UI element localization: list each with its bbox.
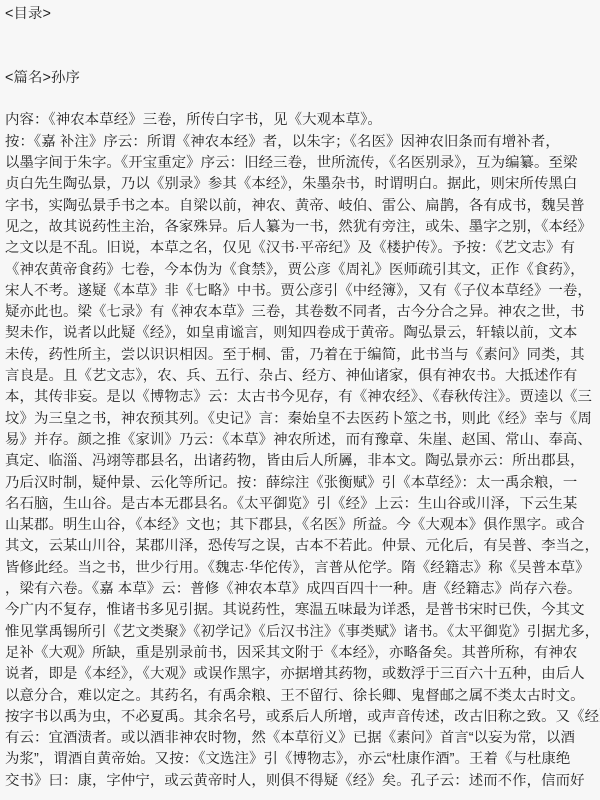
- text-line: 之文以是不乱。旧说，本草之名，仅见《汉书·平帝纪》及《楼护传》。予按：《艺文志》…: [5, 238, 596, 259]
- text-line: 坟》为三皇之书，神农预其列。《史记》言：秦始皇不去医药卜筮之书，则此《经》幸与《…: [5, 409, 596, 430]
- text-line: 以墨字间于朱字。《开宝重定》序云：旧经三卷，世所流传，《名医别录》，互为编纂。至…: [5, 153, 596, 174]
- text-line: 言良是。且《艺文志》，农、兵、五行、杂占、经方、神仙诸家，俱有神农书。大抵述作有: [5, 366, 596, 387]
- document-body: 内容：《神农本草经》三卷，所传白字书，见《大观本草》。按：《嘉 补注》序云：所谓…: [5, 110, 596, 792]
- text-line: 为浆”，谓酒自黄帝始。又按：《文选注》引《博物志》，亦云“杜康作酒”。王着《与杜…: [5, 749, 596, 770]
- text-line: 契未作，说者以此疑《经》，如皇甫谧言，则知四卷成于黄帝。陶弘景云，轩辕以前，文本: [5, 323, 596, 344]
- text-line: 真定、临淄、冯翊等郡县名，出诸药物，皆由后人所羼，非本文。陶弘景亦云：所出郡县，: [5, 451, 596, 472]
- blank-gap: [5, 89, 596, 110]
- blank-gap: [5, 25, 596, 68]
- text-line: 交书》曰：康，字仲宁，或云黄帝时人，则俱不得疑《经》矣。孔子云：述而不作，信而好: [5, 771, 596, 792]
- text-line: 山某郡。明生山谷，《本经》文也；其下郡县，《名医》所益。今《大观本》俱作黑字。或…: [5, 515, 596, 536]
- text-line: 有云：宜酒渍者。或以酒非神农时物，然《本草衍义》已据《素问》首言“以妄为常，以酒: [5, 728, 596, 749]
- text-line: 未传，药性所主，尝以识识相因。至于桐、雷，乃着在于编简，此书当与《素问》同类，其: [5, 345, 596, 366]
- text-line: 说者，即是《本经》，《大观》或误作黑字，亦据增其药物，或数浮于三百六十五种，由后…: [5, 664, 596, 685]
- toc-marker: <目录>: [5, 4, 596, 25]
- title-marker: <篇名>孙序: [5, 68, 596, 89]
- text-line: 今广内不复存，惟诸书多见引据。其说药性，寒温五味最为详悉，是普书宋时已佚，今其文: [5, 600, 596, 621]
- text-line: 见之，故其说药性主治，各家殊异。后人纂为一书，然犹有旁注，或朱、墨字之别，《本经…: [5, 217, 596, 238]
- text-line: 名石脑，生山谷。是古本无郡县名。《太平御览》引《经》上云：生山谷或川泽，下云生某: [5, 494, 596, 515]
- text-line: 本，其传非妄。是以《博物志》云：太古书今见存，有《神农经》、《春秋传注》。贾逵以…: [5, 387, 596, 408]
- text-line: ，梁有六卷。《嘉 本草》云：普修《神农本草》成四百四十一种。唐《经籍志》尚存六卷…: [5, 579, 596, 600]
- document-page: <目录> <篇名>孙序 内容：《神农本草经》三卷，所传白字书，见《大观本草》。按…: [0, 0, 600, 800]
- text-line: 乃后汉时制，疑仲景、云化等所记。按：薛综注《张衡赋》引《本草经》：太一禹余粮，一: [5, 473, 596, 494]
- text-line: 足补《大观》所缺，重是别录前书，因采其文附于《本经》，亦略备矣。其普所称，有神农: [5, 643, 596, 664]
- text-line: 按字书以禹为虫，不必夏禹。其余名号，或系后人所增，或声音传述，改古旧称之致。又《…: [5, 707, 596, 728]
- text-line: 以意分合，难以定之。其药名，有禹余粮、王不留行、徐长卿、鬼督邮之属不类太古时文。: [5, 686, 596, 707]
- text-line: 皆修此经。当之书，世少行用。《魏志·华佗传》，言普从佗学。隋《经籍志》称《吴普本…: [5, 558, 596, 579]
- text-line: 贞白先生陶弘景，乃以《别录》参其《本经》，朱墨杂书，时谓明白。据此，则宋所传黑白: [5, 174, 596, 195]
- text-line: 易》并存。颜之推《家训》乃云：《本草》神农所述，而有豫章、朱崖、赵国、常山、奉高…: [5, 430, 596, 451]
- text-line: 《神农黄帝食药》七卷，今本伪为《食禁》，贾公彦《周礼》医师疏引其文，正作《食药》…: [5, 260, 596, 281]
- text-line: 宋人不考。遂疑《本草》非《七略》中书。贾公彦引《中经簿》，又有《子仪本草经》一卷…: [5, 281, 596, 302]
- text-line: 内容：《神农本草经》三卷，所传白字书，见《大观本草》。: [5, 110, 596, 131]
- text-line: 其文，云某山川谷，某郡川泽，恐传写之误，古本不若此。仲景、元化后，有吴普、李当之…: [5, 536, 596, 557]
- text-line: 疑亦此也。梁《七录》有《神农本草》三卷，其卷数不同者，古今分合之异。神农之世，书: [5, 302, 596, 323]
- text-line: 按：《嘉 补注》序云：所谓《神农本经》者，以朱字；《名医》因神农旧条而有增补者，: [5, 132, 596, 153]
- text-line: 惟见掌禹锡所引《艺文类聚》《初学记》《后汉书注》《事类赋》诸书。《太平御览》引据…: [5, 622, 596, 643]
- text-line: 字书，实陶弘景手书之本。自梁以前，神农、黄帝、岐伯、雷公、扁鹊，各有成书，魏吴普: [5, 196, 596, 217]
